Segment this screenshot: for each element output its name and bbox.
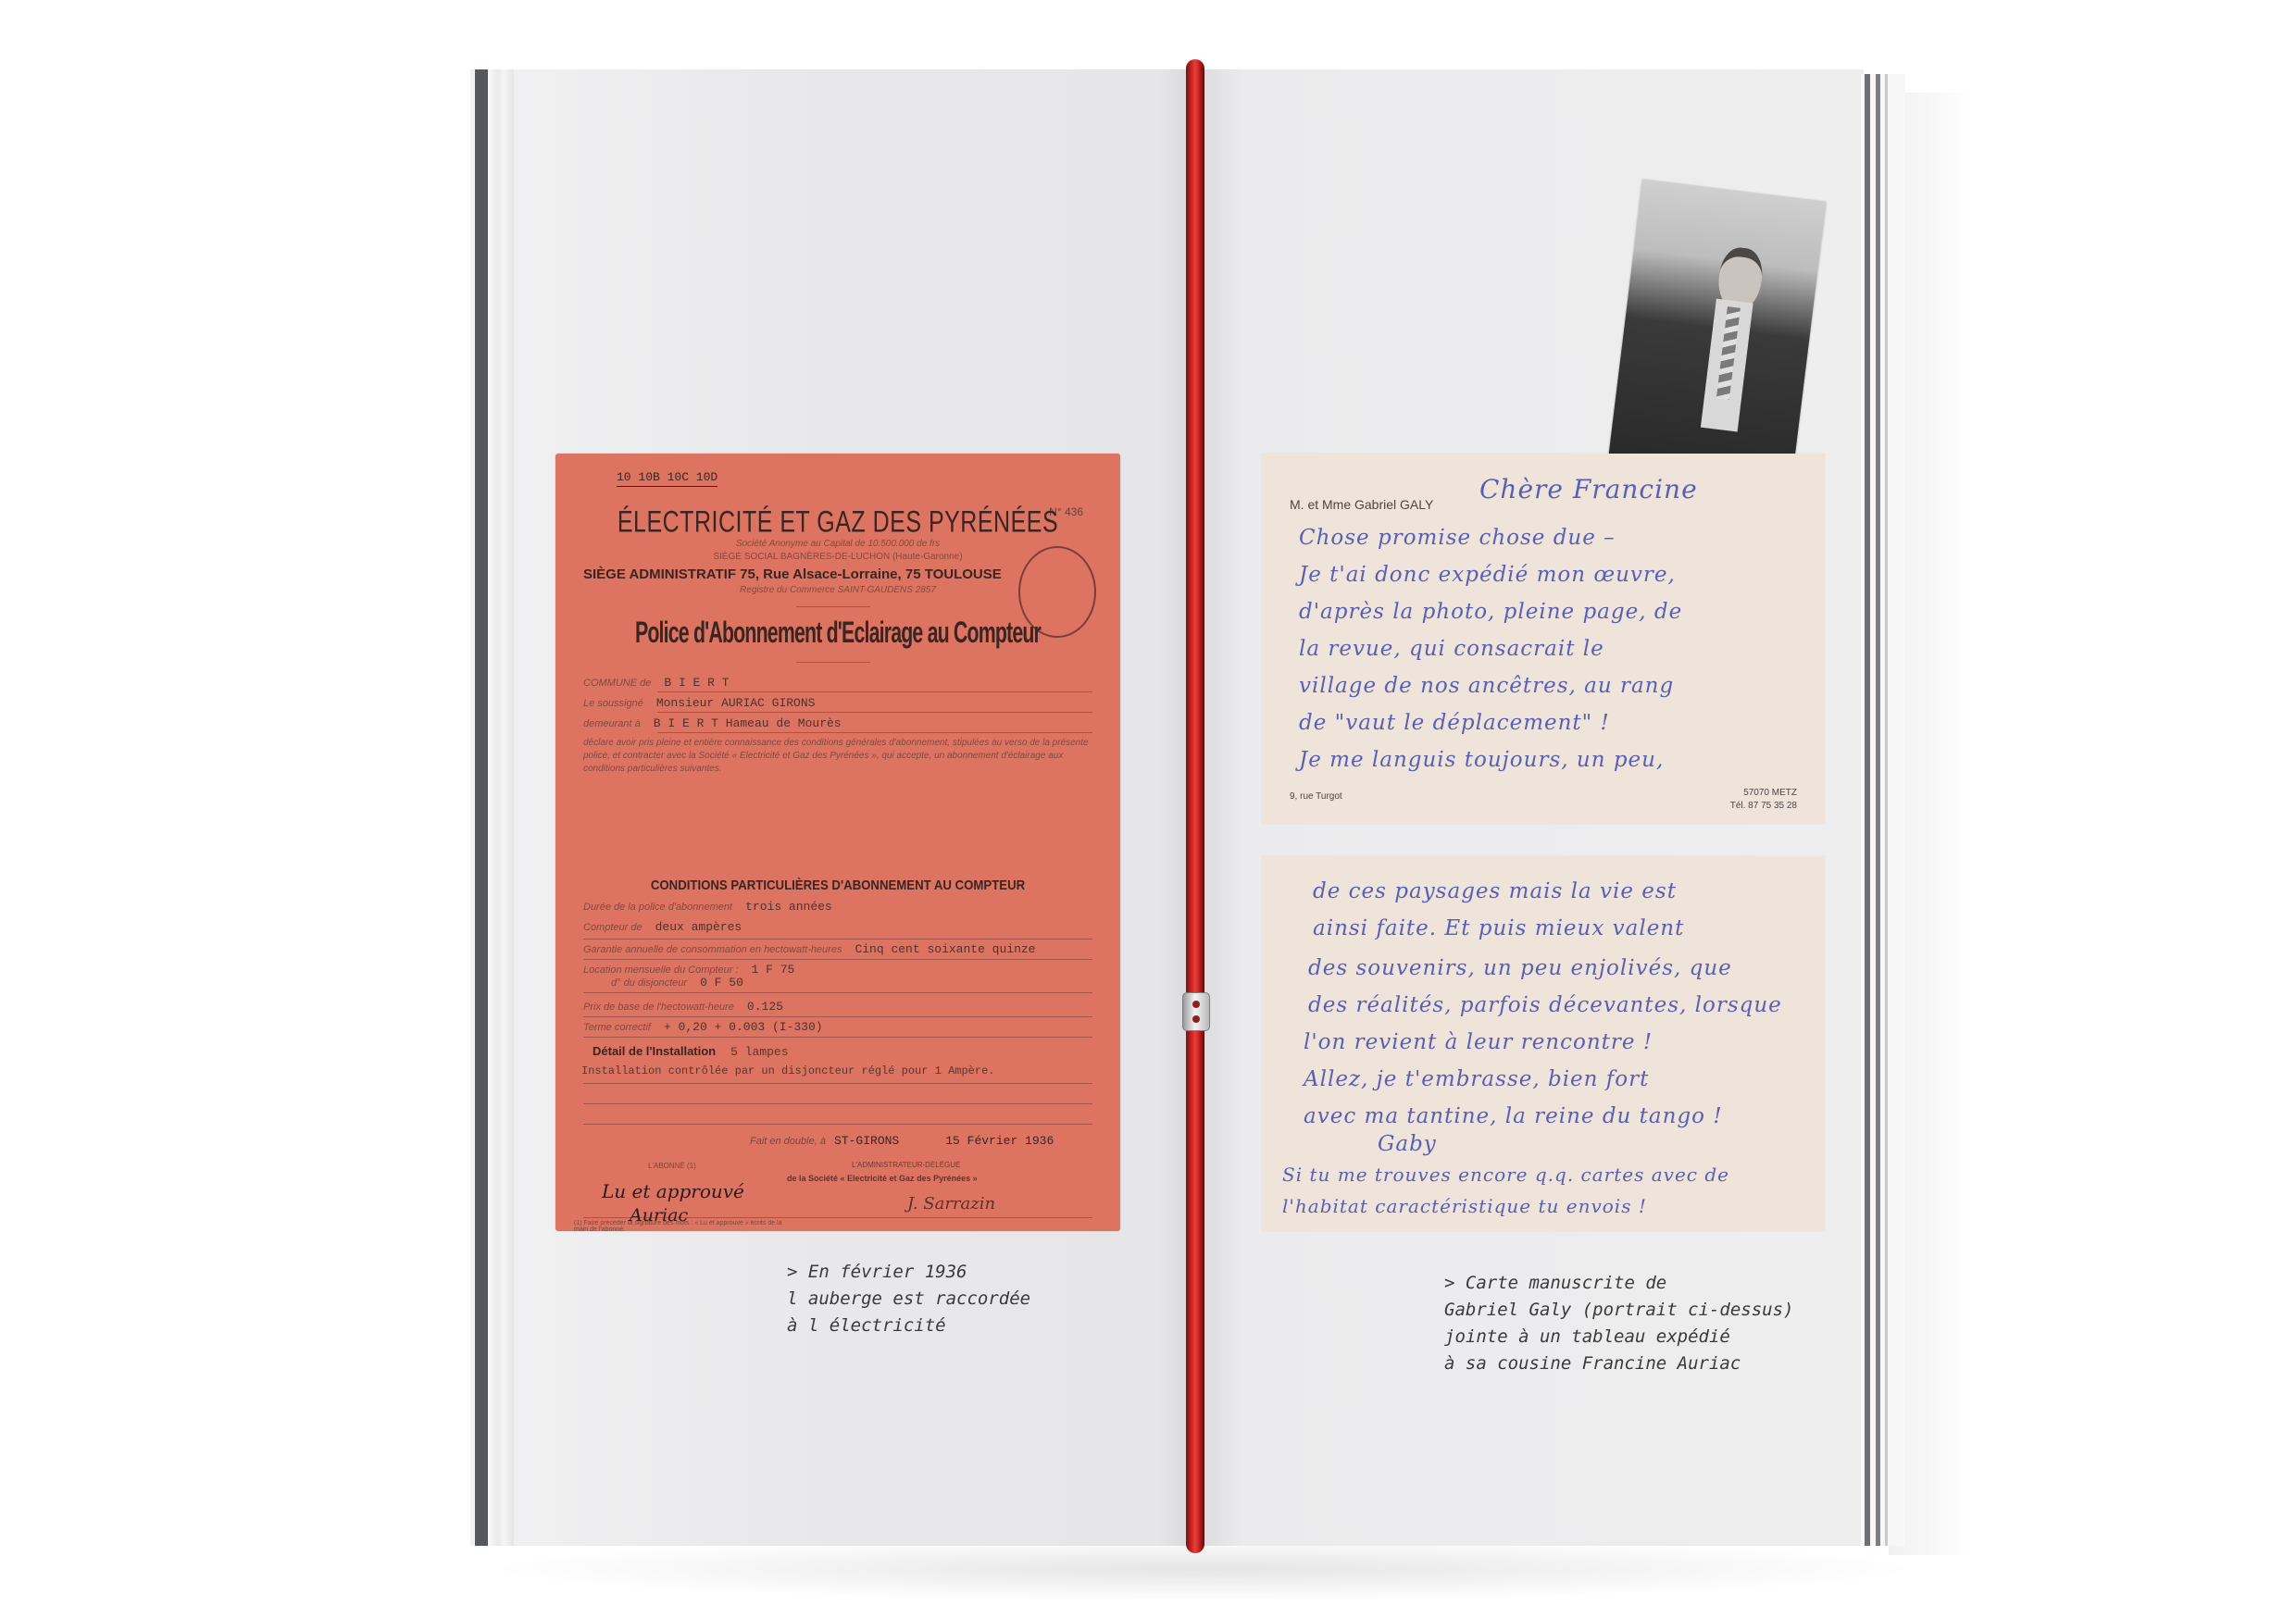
- handwritten-approval: Lu et approuvé: [602, 1180, 744, 1202]
- handwritten-card-back: de ces paysages mais la vie est ainsi fa…: [1262, 856, 1825, 1231]
- handwritten-line: l'habitat caractéristique tu envois !: [1282, 1195, 1647, 1217]
- handwritten-line: la revue, qui consacrait le: [1299, 637, 1604, 661]
- policy-title: Police d'Abonnement d'Eclairage au Compt…: [606, 615, 1069, 651]
- ribbon-clasp: [1182, 992, 1210, 1031]
- siege-administratif: SIÈGE ADMINISTRATIF 75, Rue Alsace-Lorra…: [583, 566, 1002, 582]
- handwritten-line: Si tu me trouves encore q.q. cartes avec…: [1282, 1164, 1729, 1186]
- handwritten-line: des réalités, parfois décevantes, lorsqu…: [1308, 993, 1782, 1017]
- handwritten-card-front: M. et Mme Gabriel GALY Chère Francine Ch…: [1262, 454, 1825, 824]
- handwritten-line: Allez, je t'embrasse, bien fort: [1304, 1067, 1649, 1091]
- card-city-phone: 57070 METZ Tél. 87 75 35 28: [1730, 787, 1797, 813]
- bookmark-ribbon: [1186, 59, 1204, 1553]
- installation-note: Installation contrôlée par un disjoncteu…: [581, 1064, 994, 1077]
- handwritten-line: l'on revient à leur rencontre !: [1304, 1030, 1653, 1054]
- handwritten-line: Je t'ai donc expédié mon œuvre,: [1299, 563, 1676, 587]
- handwritten-line: Chose promise chose due –: [1299, 526, 1616, 550]
- left-page-edge: [475, 69, 488, 1546]
- handwritten-line: ainsi faite. Et puis mieux valent: [1313, 916, 1684, 940]
- handwritten-line: avec ma tantine, la reine du tango !: [1304, 1104, 1723, 1128]
- condition-row: Durée de la police d'abonnementtrois ann…: [583, 900, 1092, 914]
- company-name: ÉLECTRICITÉ ET GAZ DES PYRÉNÉES: [555, 505, 1120, 541]
- abonne-label: L'ABONNÉ (1): [648, 1162, 696, 1170]
- left-page-fore-edge: [488, 69, 514, 1546]
- conditions-title: CONDITIONS PARTICULIÈRES D'ABONNEMENT AU…: [590, 877, 1087, 893]
- portrait-photo: [1608, 180, 1826, 478]
- signed-place-date: Fait en double, à ST-GIRONS15 Février 19…: [750, 1134, 1054, 1148]
- card-address: 9, rue Turgot: [1290, 791, 1342, 802]
- condition-row: Compteur dedeux ampères: [583, 920, 1092, 934]
- right-caption: > Carte manuscrite de Gabriel Galy (port…: [1444, 1270, 1794, 1377]
- footnote: (1) Faire précéder la signature des mots…: [574, 1220, 796, 1233]
- field-demeurant: demeurant àB I E R T Hameau de Mourès: [583, 716, 1092, 730]
- field-commune: COMMUNE deB I E R T: [583, 676, 1092, 690]
- condition-row: Prix de base de l'hectowatt-heure0.125: [583, 1000, 1092, 1014]
- admin-signature: J. Sarrazin: [907, 1194, 995, 1213]
- card-printed-header: M. et Mme Gabriel GALY: [1290, 497, 1433, 512]
- field-soussigne: Le soussignéMonsieur AURIAC GIRONS: [583, 696, 1092, 710]
- handwritten-line: d'après la photo, pleine page, de: [1299, 600, 1682, 624]
- handwritten-line: de "vaut le déplacement" !: [1299, 711, 1610, 735]
- electricity-contract-document: 10 10B 10C 10D N° 436 ÉLECTRICITÉ ET GAZ…: [555, 454, 1120, 1231]
- handwritten-line: village de nos ancêtres, au rang: [1299, 674, 1674, 698]
- installation-detail: Détail de l'Installation5 lampes: [593, 1044, 789, 1059]
- handwritten-line: Je me languis toujours, un peu,: [1299, 748, 1664, 772]
- handwritten-line: Chère Francine: [1479, 474, 1698, 504]
- admin-company: de la Société « Electricité et Gaz des P…: [787, 1174, 978, 1183]
- handwritten-signature: Gaby: [1378, 1132, 1437, 1156]
- company-subtitle: Société Anonyme au Capital de 10.500.000…: [555, 539, 1120, 549]
- handwritten-line: des souvenirs, un peu enjolivés, que: [1308, 956, 1732, 980]
- handwritten-line: de ces paysages mais la vie est: [1313, 879, 1677, 903]
- left-caption: > En février 1936 l auberge est raccordé…: [787, 1259, 1030, 1339]
- admin-label: L'ADMINISTRATEUR-DÉLÉGUÉ: [852, 1161, 960, 1169]
- condition-row: d° du disjoncteur0 F 50: [611, 976, 1092, 989]
- form-codes: 10 10B 10C 10D: [617, 470, 717, 487]
- condition-row: Location mensuelle du Compteur :1 F 75: [583, 963, 1092, 977]
- right-page-fore-edge: [1861, 74, 1905, 1546]
- declaration-text: déclare avoir pris pleine et entière con…: [583, 737, 1092, 776]
- condition-row: Garantie annuelle de consommation en hec…: [583, 942, 1092, 956]
- condition-row: Terme correctif+ 0,20 + 0.003 (I-330): [583, 1020, 1092, 1034]
